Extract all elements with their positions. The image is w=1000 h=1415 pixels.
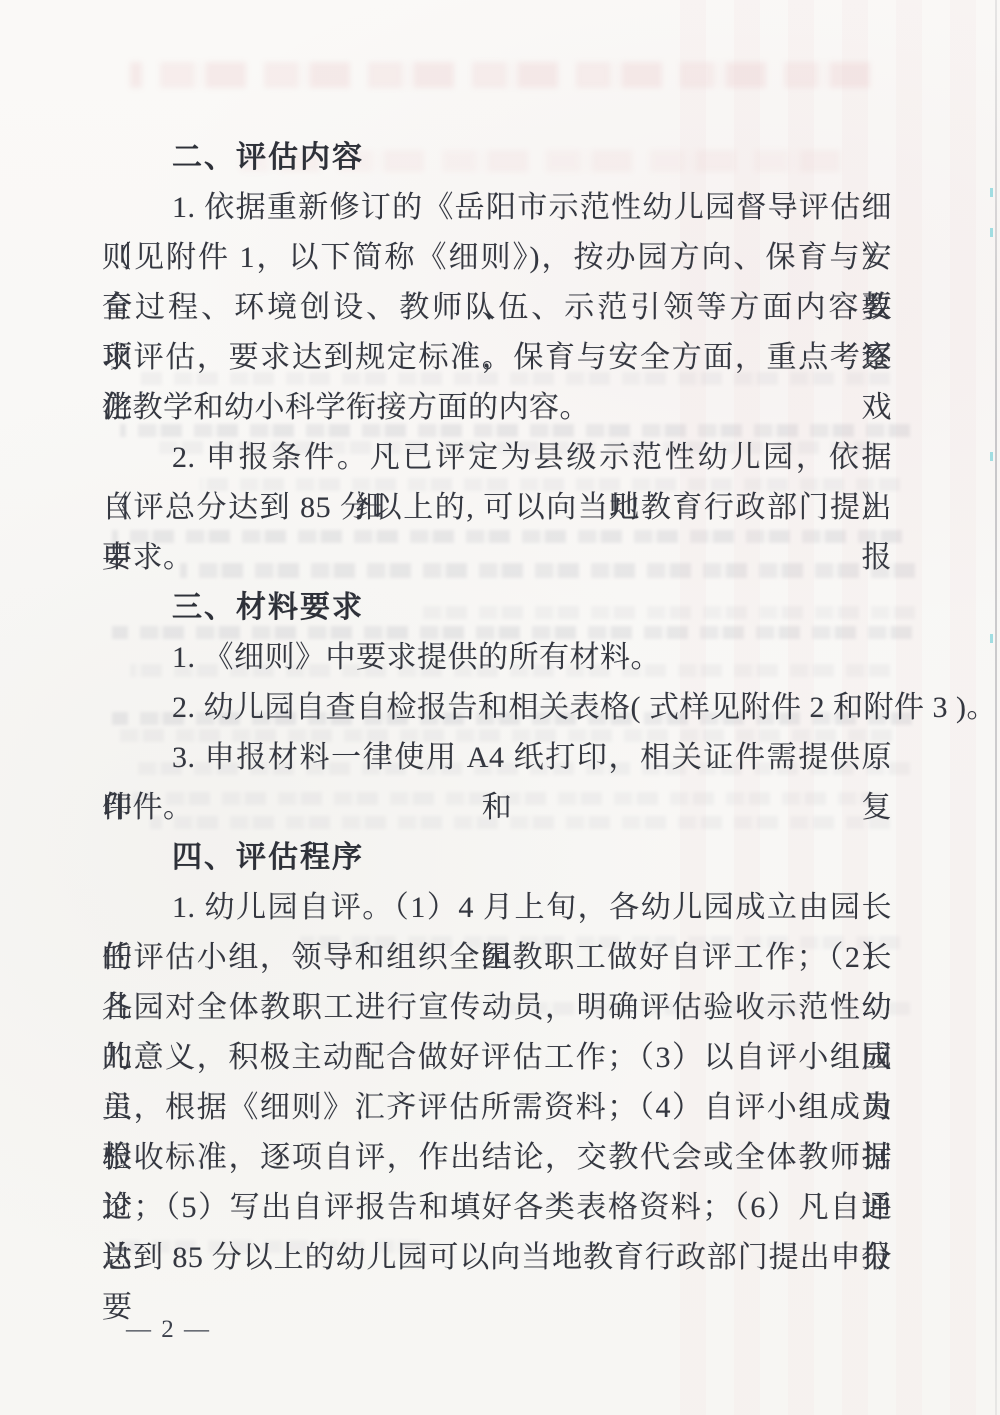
text-line: （见附件 1，以下简称《细则》)，按办园方向、保育与安全、教 [102, 233, 892, 283]
section-heading: 四、评估程序 [102, 833, 892, 883]
edge-tick-mark [990, 188, 993, 197]
bleed-through-line [130, 62, 870, 88]
text-line: 达到 85 分以上的幼儿园可以向当地教育行政部门提出申报要 [102, 1233, 892, 1283]
text-line: 主，根据《细则》汇齐评估所需资料；（4）自评小组成员根据 [102, 1083, 892, 1133]
section-heading: 二、评估内容 [102, 133, 892, 183]
text-line: 项评估，要求达到规定标准。保育与安全方面，重点考察游戏 [102, 333, 892, 383]
text-line: 1. 《细则》中要求提供的所有材料。 [102, 633, 892, 683]
document-page: 二、评估内容1. 依据重新修订的《岳阳市示范性幼儿园督导评估细则》（见附件 1，… [0, 0, 1000, 1415]
text-line: 过；（5）写出自评报告和填好各类表格资料；（6）凡自评总分 [102, 1183, 892, 1233]
edge-tick-mark [990, 634, 993, 643]
edge-tick-mark [990, 228, 993, 237]
text-line: 儿园对全体教职工进行宣传动员，明确评估验收示范性幼儿园 [102, 983, 892, 1033]
text-line: 育过程、环境创设、教师队伍、示范引领等方面内容要求，逐 [102, 283, 892, 333]
section-heading: 三、材料要求 [102, 583, 892, 633]
text-line: 3. 申报材料一律使用 A4 纸打印，相关证件需提供原件和复 [102, 733, 892, 783]
text-line: 的意义，积极主动配合做好评估工作；（3）以自评小组成员为 [102, 1033, 892, 1083]
document-body: 二、评估内容1. 依据重新修订的《岳阳市示范性幼儿园督导评估细则》（见附件 1，… [102, 133, 892, 1283]
text-line: 验收标准，逐项自评，作出结论，交教代会或全体教师讨论通 [102, 1133, 892, 1183]
text-line: 2. 幼儿园自查自检报告和相关表格( 式样见附件 2 和附件 3 )。 [102, 683, 892, 733]
text-line: 2. 申报条件。凡已评定为县级示范性幼儿园，依据《细则》 [102, 433, 892, 483]
edge-tick-mark [990, 452, 993, 461]
text-line: 1. 幼儿园自评。（1）4 月上旬，各幼儿园成立由园长任组长 [102, 883, 892, 933]
text-line: 的评估小组，领导和组织全园教职工做好自评工作；（2）各幼 [102, 933, 892, 983]
page-number: — 2 — [126, 1316, 211, 1344]
text-line: 自评总分达到 85 分以上的, 可以向当地教育行政部门提出申报 [102, 483, 892, 533]
text-line: 1. 依据重新修订的《岳阳市示范性幼儿园督导评估细则》 [102, 183, 892, 233]
